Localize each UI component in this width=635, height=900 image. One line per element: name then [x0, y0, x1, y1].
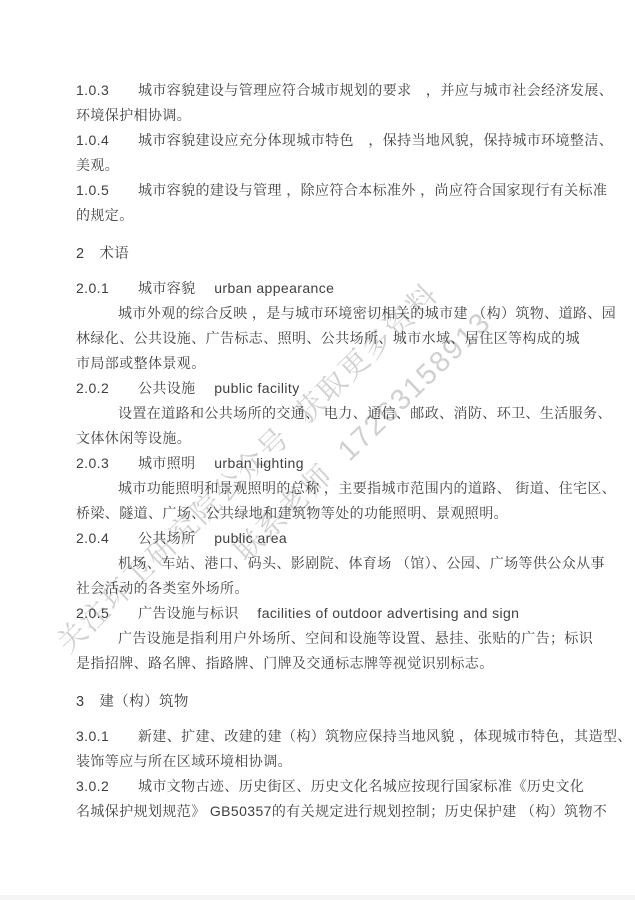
- clause-1-0-3-line-2: 环境保护相协调。: [76, 103, 635, 128]
- term-2-0-5-heading: 2.0.5 广告设施与标识 facilities of outdoor adve…: [76, 601, 635, 626]
- term-2-0-2-heading: 2.0.2 公共设施 public facility: [76, 376, 635, 401]
- term-2-0-4-heading: 2.0.4 公共场所 public area: [76, 526, 635, 551]
- term-2-0-4-body-1: 机场、车站、港口、码头、影剧院、体育场 （馆）、公园、广场等供公众从事: [118, 551, 635, 576]
- clause-3-0-1-line-2: 装饰等应与所在区域环境相协调。: [76, 749, 635, 774]
- chapter-3-heading: 3 建（构）筑物: [76, 690, 635, 715]
- term-2-0-3-body-1: 城市功能照明和景观照明的总称 ，主要指城市范围内的道路、 街道、住宅区、: [118, 476, 635, 501]
- clause-1-0-3-line-1: 1.0.3 城市容貌建设与管理应符合城市规划的要求 ，并应与城市社会经济发展、: [76, 78, 635, 103]
- clause-1-0-4-line-1: 1.0.4 城市容貌建设应充分体现城市特色 ，保持当地风貌，保持城市环境整洁、: [76, 128, 635, 153]
- term-2-0-3-heading: 2.0.3 城市照明 urban lighting: [76, 451, 635, 476]
- clause-3-0-2-line-1: 3.0.2 城市文物古迹、历史街区、历史文化名城应按现行国家标准《历史文化: [76, 774, 635, 799]
- term-2-0-5-body-1: 广告设施是指利用户外场所、空间和设施等设置、悬挂、张贴的广告；标识: [118, 626, 635, 651]
- clause-1-0-5-line-1: 1.0.5 城市容貌的建设与管理 ，除应符合本标准外 ，尚应符合国家现行有关标准: [76, 178, 635, 203]
- term-2-0-1-body-3: 市局部或整体景观。: [76, 351, 635, 376]
- chapter-2-heading: 2 术语: [76, 242, 635, 267]
- clause-1-0-4-line-2: 美观。: [76, 153, 635, 178]
- term-2-0-4-body-2: 社会活动的各类室外场所。: [76, 576, 635, 601]
- clause-3-0-2-line-2: 名城保护规划规范》 GB50357的有关规定进行规划控制；历史保护建 （构）筑物…: [76, 799, 635, 824]
- document-page: 关注环卫研究院公众号 获取更多资料 联系老师 17263158913 1.0.3…: [0, 0, 635, 900]
- clause-1-0-5-line-2: 的规定。: [76, 203, 635, 228]
- clause-3-0-1-line-1: 3.0.1 新建、扩建、改建的建（构）筑物应保持当地风貌 ，体现城市特色，其造型…: [76, 724, 635, 749]
- term-2-0-3-body-2: 桥梁、隧道、广场、公共绿地和建筑物等处的功能照明、景观照明。: [76, 501, 635, 526]
- term-2-0-1-heading: 2.0.1 城市容貌 urban appearance: [76, 276, 635, 301]
- term-2-0-1-body-1: 城市外观的综合反映 ，是与城市环境密切相关的城市建 （构）筑物、道路、园: [118, 301, 635, 326]
- term-2-0-5-body-2: 是指招牌、路名牌、指路牌、门牌及交通标志牌等视觉识别标志。: [76, 651, 635, 676]
- document-content: 1.0.3 城市容貌建设与管理应符合城市规划的要求 ，并应与城市社会经济发展、 …: [0, 0, 635, 824]
- page-bottom-edge: [0, 895, 635, 900]
- term-2-0-1-body-2: 林绿化、公共设施、广告标志、照明、公共场所、城市水域、居住区等构成的城: [76, 326, 635, 351]
- term-2-0-2-body-1: 设置在道路和公共场所的交通、 电力、通信、邮政、消防、环卫、生活服务、: [118, 401, 635, 426]
- term-2-0-2-body-2: 文体休闲等设施。: [76, 426, 635, 451]
